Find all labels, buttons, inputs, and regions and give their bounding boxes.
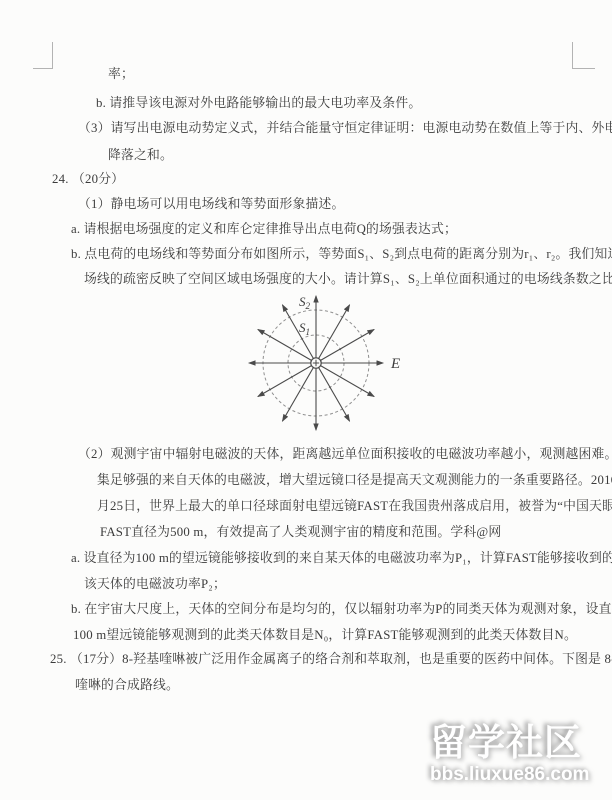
e-field-label: E — [390, 356, 400, 372]
question-24-header: 24. （20分） — [52, 171, 124, 187]
watermark-title: 留学社区 — [430, 722, 605, 764]
s2-label: S2 — [299, 294, 311, 311]
crop-mark-top-left — [33, 42, 53, 69]
text-line: 场线的疏密反映了空间区域电场强度的大小。请计算S₁、S₂上单位面积通过的电场线条… — [84, 271, 612, 287]
crop-mark-top-right — [572, 42, 595, 69]
text-line: b. 请推导该电源对外电路能够输出的最大电功率及条件。 — [96, 95, 421, 111]
watermark-url: bbs.liuxue86.com — [430, 764, 605, 786]
text-line: 100 m望远镜能够观测到的此类天体数目是N₀，计算FAST能够观测到的此类天体… — [73, 627, 577, 643]
text-line: FAST直径为500 m，有效提高了人类观测宇宙的精度和范围。学科@网 — [100, 524, 501, 540]
text-line: a. 设直径为100 m的望远镜能够接收到的来自某天体的电磁波功率为P₁，计算F… — [71, 550, 612, 566]
text-line: 喹啉的合成路线。 — [75, 677, 179, 693]
text-line: 月25日，世界上最大的单口径球面射电望远镜FAST在我国贵州落成启用，被誉为“中… — [97, 498, 612, 514]
question-25-header: 25. （17分）8-羟基喹啉被广泛用作金属离子的络合剂和萃取剂，也是重要的医药… — [50, 651, 612, 667]
text-line: b. 在宇宙大尺度上，天体的空间分布是均匀的，仅以辐射功率为P的同类天体为观测对… — [71, 601, 612, 617]
text-line: 该天体的电磁波功率P₂； — [84, 576, 226, 592]
positive-charge-icon — [311, 358, 321, 368]
point-charge-field-diagram: S2 S1 E — [226, 288, 412, 440]
text-line: a. 请根据电场强度的定义和库仑定律推导出点电荷Q的场强表达式； — [71, 221, 457, 237]
text-line: （2）观测宇宙中辐射电磁波的天体，距离越远单位面积接收的电磁波功率越小，观测越困… — [78, 446, 612, 462]
watermark: 留学社区 bbs.liuxue86.com — [430, 722, 605, 786]
text-line: 集足够强的来自天体的电磁波，增大望远镜口径是提高天文观测能力的一条重要路径。20… — [97, 472, 612, 488]
scanned-page: 率； b. 请推导该电源对外电路能够输出的最大电功率及条件。 （3）请写出电源电… — [0, 0, 612, 800]
text-line: 率； — [108, 66, 134, 82]
text-line: （1）静电场可以用电场线和等势面形象描述。 — [78, 196, 345, 212]
text-line: b. 点电荷的电场线和等势面分布如图所示，等势面S₁、S₂到点电荷的距离分别为r… — [71, 246, 612, 262]
text-line: （3）请写出电源电动势定义式，并结合能量守恒定律证明：电源电动势在数值上等于内、… — [78, 120, 612, 136]
text-line: 降落之和。 — [108, 147, 173, 163]
s1-label: S1 — [299, 320, 310, 337]
